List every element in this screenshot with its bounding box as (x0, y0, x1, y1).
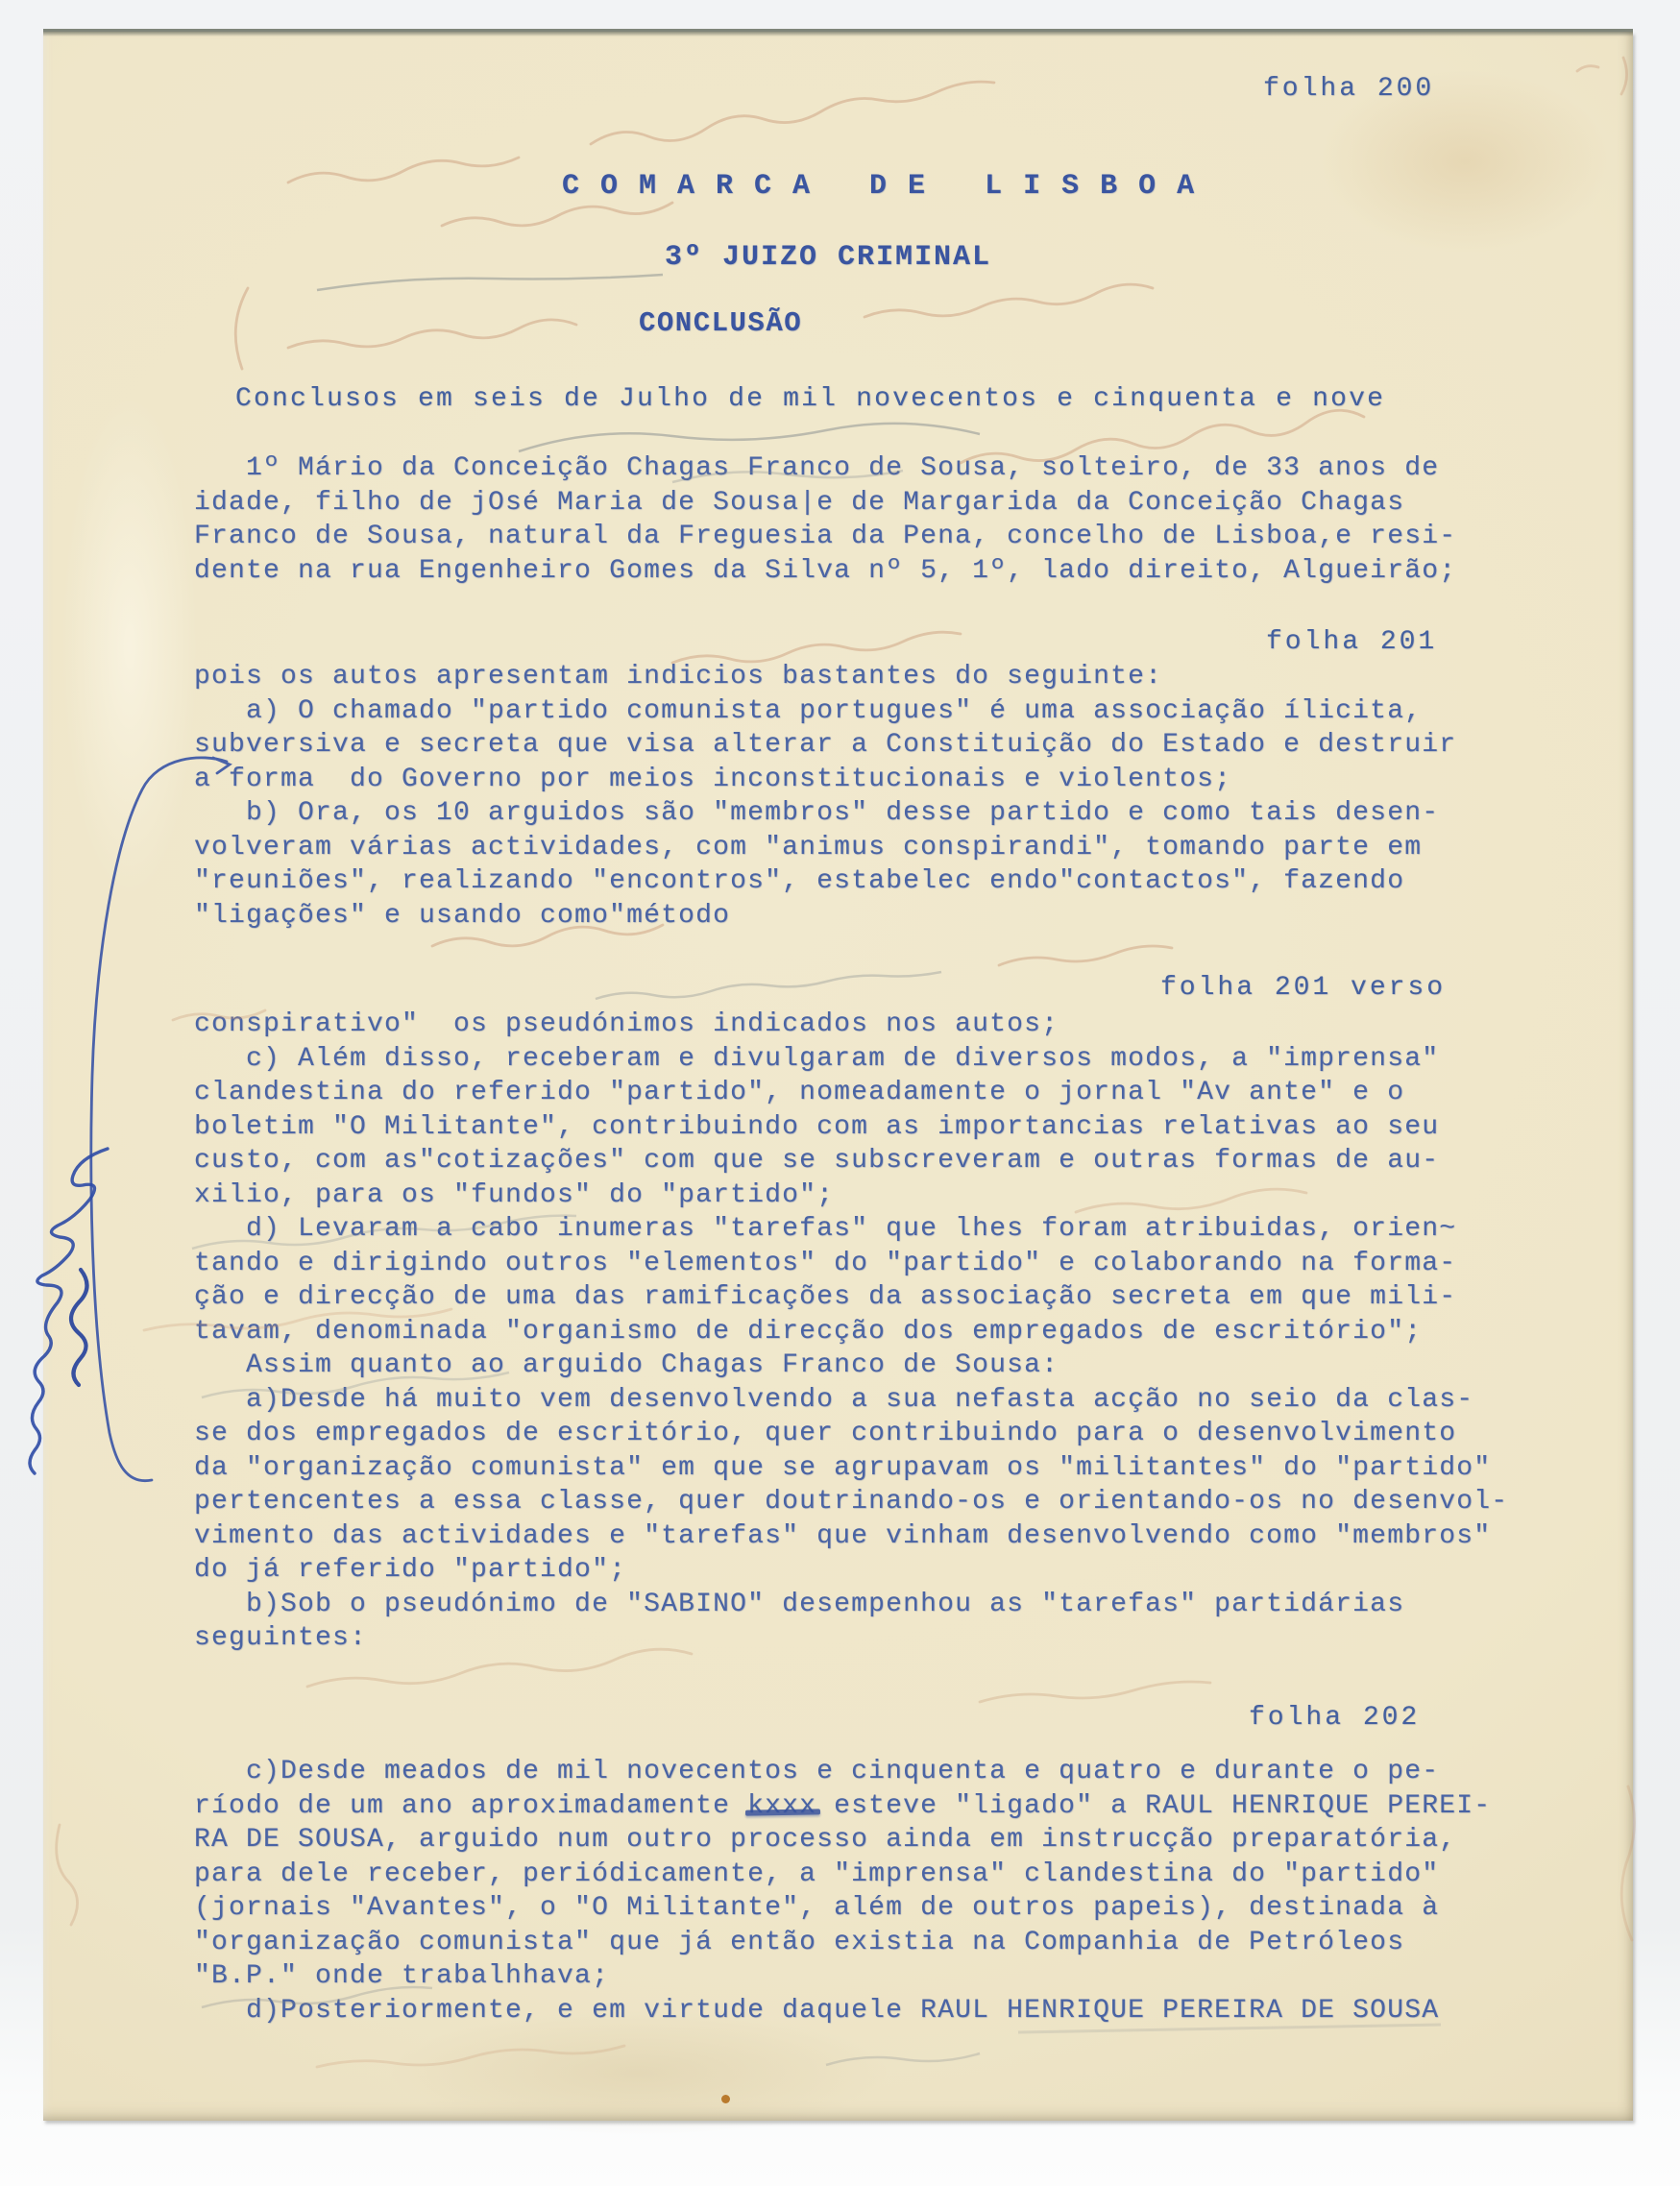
ink-speck (721, 2095, 730, 2103)
section-title: 3º JUIZO CRIMINAL (665, 241, 991, 276)
paper-stain (389, 2010, 889, 2135)
scanned-document-page: folha 200 C O M A R C A D E L I S B O A … (0, 0, 1680, 2186)
paragraph-charges-detail: conspirativo" os pseudónimos indicados n… (194, 1008, 1508, 1656)
paper-stain (62, 397, 197, 896)
conclusion-date-line: Conclusos em seis de Julho de mil novece… (235, 382, 1385, 417)
paragraph-charges-general: pois os autos apresentam indicios bastan… (194, 660, 1456, 933)
paragraph-charges-final: c)Desde meados de mil novecentos e cinqu… (194, 1755, 1491, 2028)
conclusion-heading: CONCLUSÃO (639, 306, 802, 341)
folio-label-202: folha 202 (1249, 1701, 1420, 1736)
paragraph-identification: 1º Mário da Conceição Chagas Franco de S… (194, 451, 1456, 588)
folio-label-200: folha 200 (1263, 72, 1434, 107)
folio-label-201: folha 201 (1266, 625, 1437, 660)
court-title: C O M A R C A D E L I S B O A (562, 170, 1196, 205)
folio-label-201-verso: folha 201 verso (1160, 971, 1446, 1006)
